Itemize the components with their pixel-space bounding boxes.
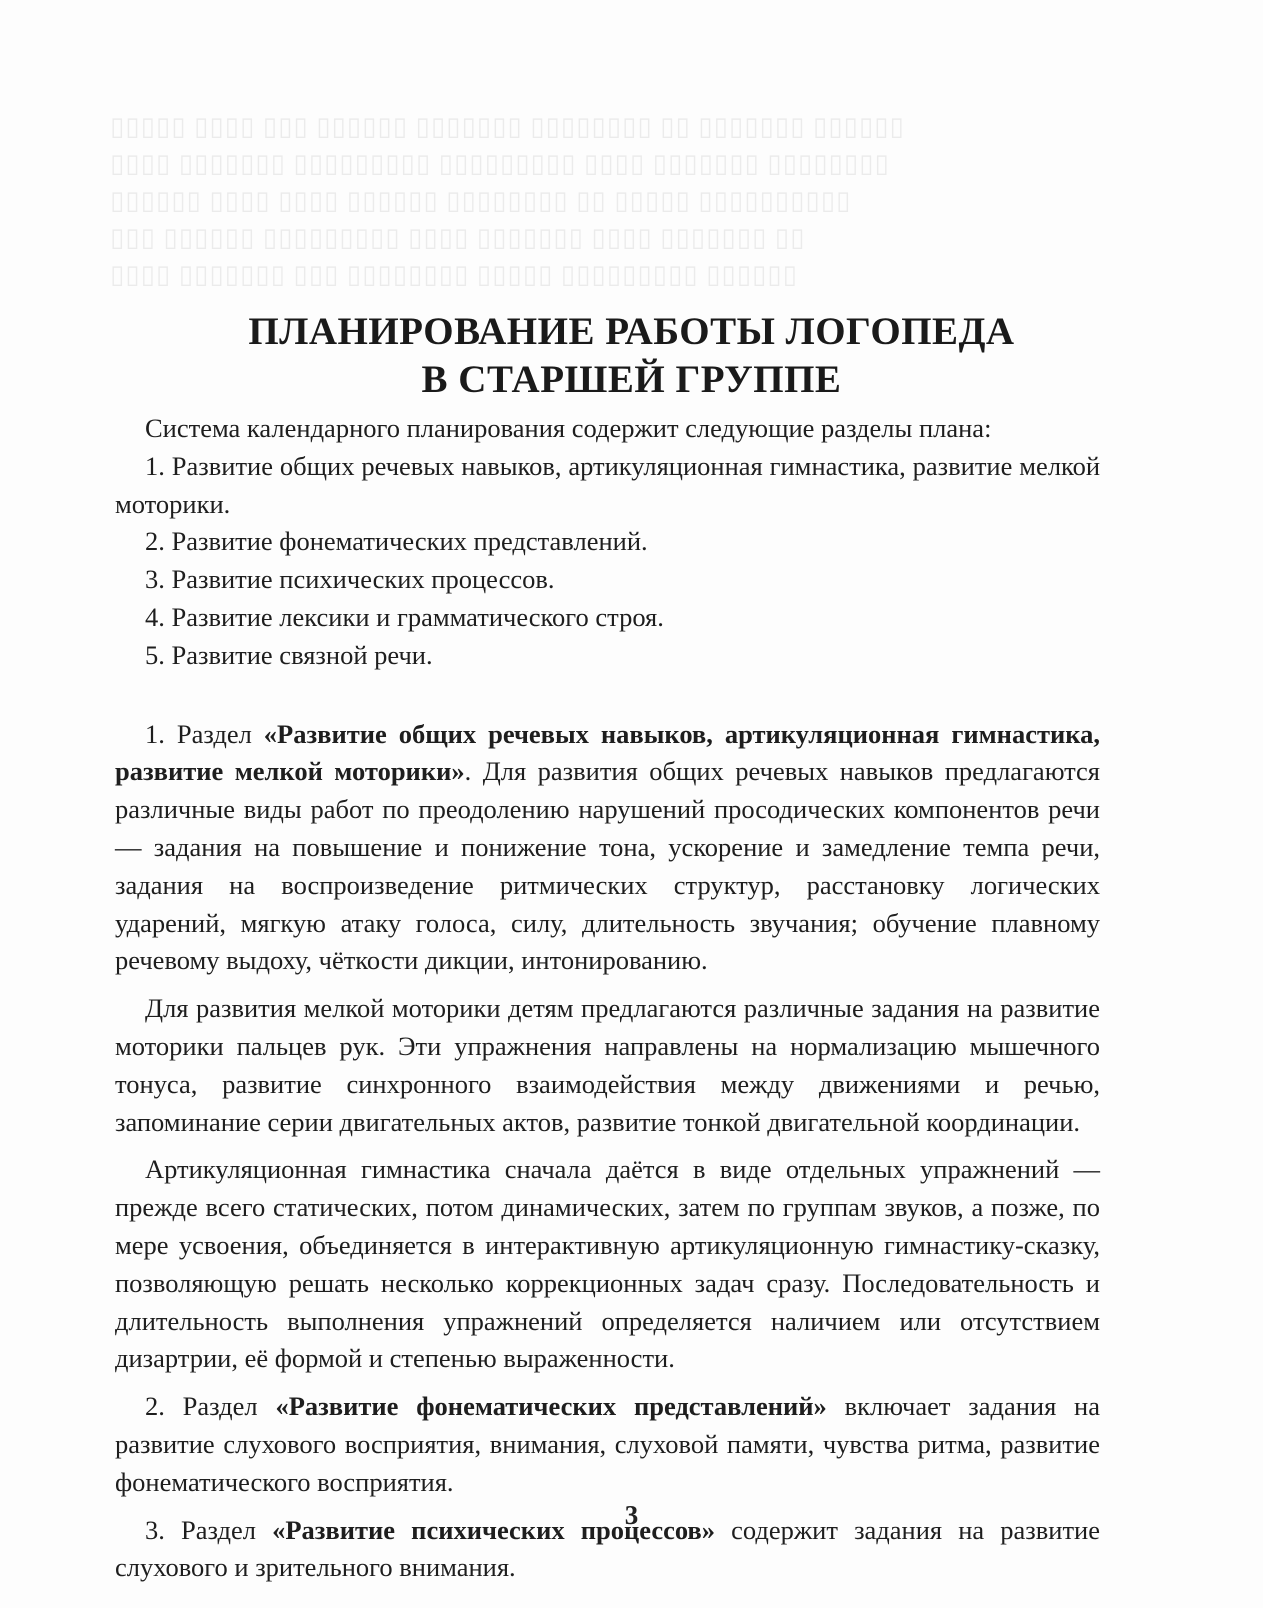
book-page: ▯▯▯▯▯ ▯▯▯▯ ▯▯▯ ▯▯▯▯▯▯ ▯▯▯▯▯▯▯ ▯▯▯▯▯▯▯▯ ▯… [0, 0, 1263, 1608]
section-1-paragraph: 1. Раздел «Развитие общих речевых навыко… [115, 716, 1100, 981]
section-2-prefix: 2. Раздел [145, 1391, 275, 1421]
section-1-prefix: 1. Раздел [145, 719, 264, 749]
title-line-1: ПЛАНИРОВАНИЕ РАБОТЫ ЛОГОПЕДА [0, 308, 1263, 356]
section-1-text: . Для развития общих речевых навыков пре… [115, 756, 1100, 975]
title-line-2: В СТАРШЕЙ ГРУППЕ [0, 356, 1263, 404]
reverse-side-bleed-through: ▯▯▯▯▯ ▯▯▯▯ ▯▯▯ ▯▯▯▯▯▯ ▯▯▯▯▯▯▯ ▯▯▯▯▯▯▯▯ ▯… [110, 108, 1160, 293]
plan-section-item-5: 5. Развитие связной речи. [115, 637, 1100, 675]
plan-section-item-2: 2. Развитие фонематических представлений… [115, 523, 1100, 561]
body-text: Система календарного планирования содерж… [115, 410, 1100, 1597]
section-2-heading: «Развитие фонематических представлений» [275, 1391, 826, 1421]
articulation-paragraph: Артикуляционная гимнастика сначала даётс… [115, 1151, 1100, 1378]
section-2-paragraph: 2. Раздел «Развитие фонематических предс… [115, 1388, 1100, 1501]
fine-motor-paragraph: Для развития мелкой моторики детям предл… [115, 990, 1100, 1141]
plan-section-item-4: 4. Развитие лексики и грамматического ст… [115, 599, 1100, 637]
plan-section-item-3: 3. Развитие психических процессов. [115, 561, 1100, 599]
page-number: 3 [0, 1500, 1263, 1531]
intro-paragraph: Система календарного планирования содерж… [115, 410, 1100, 448]
plan-sections-list: Система календарного планирования содерж… [115, 410, 1100, 675]
plan-section-item-1: 1. Развитие общих речевых навыков, артик… [115, 448, 1100, 524]
page-title: ПЛАНИРОВАНИЕ РАБОТЫ ЛОГОПЕДА В СТАРШЕЙ Г… [0, 308, 1263, 404]
